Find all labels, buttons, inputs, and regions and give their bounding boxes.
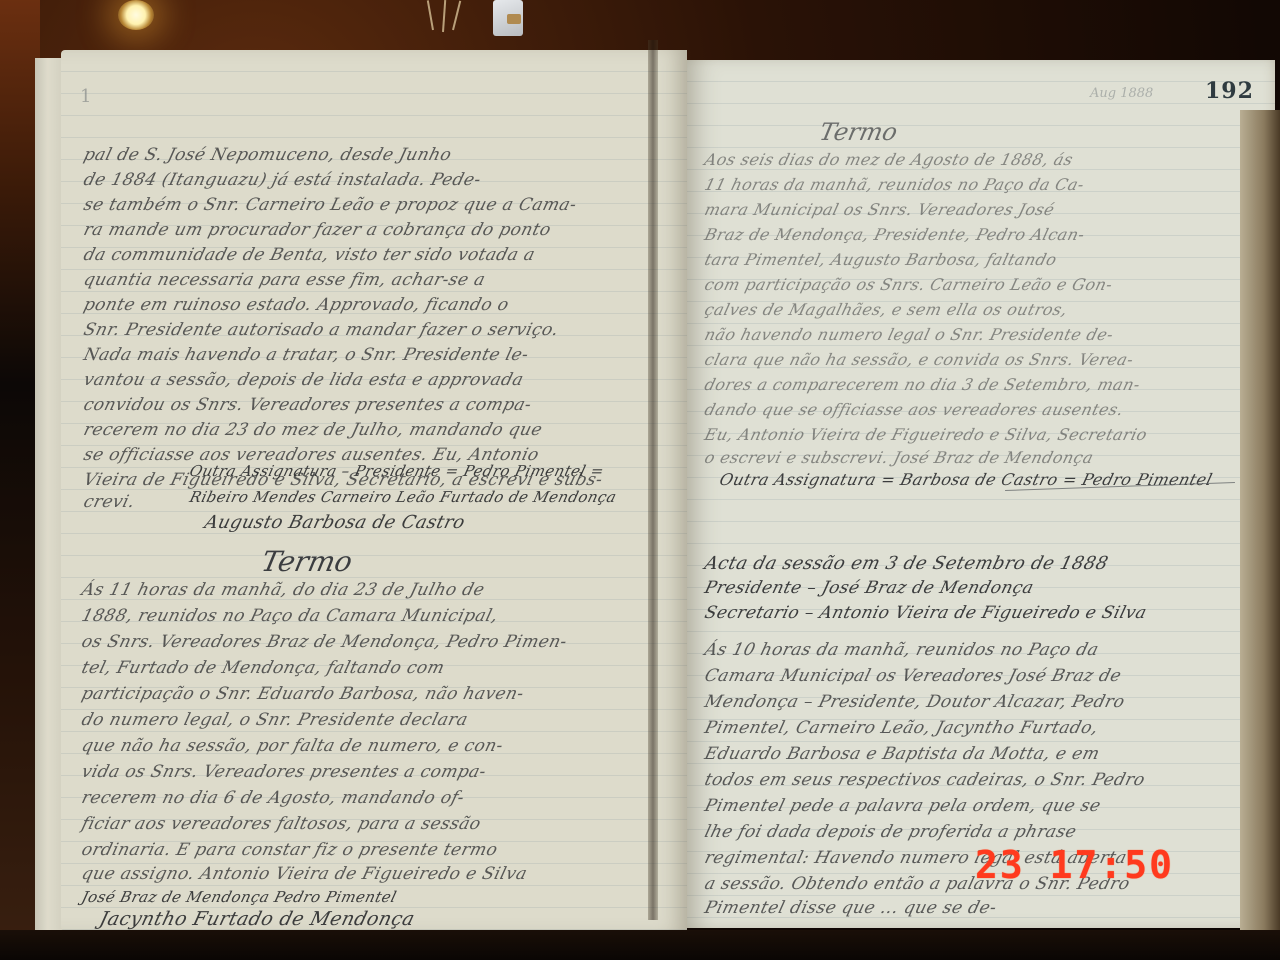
handwritten-line: ficiar aos vereadores faltosos, para a s… — [80, 814, 484, 834]
handwritten-line: convidou os Snrs. Vereadores presentes a… — [82, 395, 534, 415]
handwritten-line: participação o Snr. Eduardo Barbosa, não… — [80, 684, 527, 704]
handwritten-line: Mendonça – Presidente, Doutor Alcazar, P… — [703, 692, 1127, 712]
minutes-heading: Acta da sessão em 3 de Setembro de 1888 — [702, 553, 1110, 574]
table-shadow — [0, 930, 1280, 960]
handwritten-line: Nada mais havendo a tratar, o Snr. Presi… — [82, 345, 531, 365]
handwritten-line: que assigno. Antonio Vieira de Figueired… — [80, 864, 530, 884]
handwritten-line: vida os Snrs. Vereadores presentes a com… — [80, 762, 489, 782]
handwritten-line: Presidente – José Braz de Mendonça — [703, 578, 1036, 598]
background-wall — [0, 0, 40, 960]
signature-line: Jacyntho Furtado de Mendonça — [97, 908, 417, 930]
book-gutter — [648, 40, 658, 920]
signature-line: Ribeiro Mendes Carneiro Leão Furtado de … — [188, 488, 619, 506]
page-number: 192 — [1205, 78, 1254, 104]
signature-line: José Braz de Mendonça Pedro Pimentel — [80, 888, 399, 906]
handwritten-line: dando que se officiasse aos vereadores a… — [703, 400, 1126, 419]
handwritten-line: que não ha sessão, por falta de numero, … — [80, 736, 506, 756]
handwritten-line: Ás 11 horas da manhã, do dia 23 de Julho… — [80, 580, 487, 600]
book-cover-edge — [1240, 110, 1280, 940]
handwritten-line: ordinaria. E para constar fiz o presente… — [80, 840, 500, 860]
lamp-light — [118, 0, 154, 30]
handwritten-line: lhe foi dada depois de proferida a phras… — [703, 822, 1079, 842]
signature-line: Outra Assignatura – Presidente = Pedro P… — [188, 462, 606, 480]
handwritten-line: se também o Snr. Carneiro Leão e propoz … — [82, 195, 579, 215]
handwritten-line: 11 horas da manhã, reunidos no Paço da C… — [703, 175, 1087, 194]
handwritten-line: clara que não ha sessão, e convida os Sn… — [703, 350, 1136, 369]
entry-heading: Termo — [817, 118, 900, 146]
handwritten-line: Braz de Mendonça, Presidente, Pedro Alca… — [703, 225, 1087, 244]
handwritten-line: Snr. Presidente autorisado a mandar faze… — [82, 320, 561, 340]
handwritten-line: Eduardo Barbosa e Baptista da Motta, e e… — [703, 744, 1102, 764]
handwritten-line: da communidade de Benta, visto ter sido … — [82, 245, 538, 265]
handwritten-line: tara Pimentel, Augusto Barbosa, faltando — [703, 250, 1059, 269]
left-corner-mark: 1 — [80, 86, 91, 107]
handwritten-line: ra mande um procurador fazer a cobrança … — [82, 220, 554, 240]
handwritten-line: 1888, reunidos no Paço da Camara Municip… — [80, 606, 501, 626]
handwritten-line: vantou a sessão, depois de lida esta e a… — [82, 370, 526, 390]
handwritten-line: Ás 10 horas da manhã, reunidos no Paço d… — [703, 640, 1101, 660]
handwritten-line: pal de S. José Nepomuceno, desde Junho — [82, 145, 454, 165]
handwritten-line: Camara Municipal os Vereadores José Braz… — [703, 666, 1124, 686]
handwritten-line: tel, Furtado de Mendonça, faltando com — [80, 658, 447, 678]
handwritten-line: quantia necessaria para esse fim, achar-… — [82, 270, 488, 290]
handwritten-line: recerem no dia 23 do mez de Julho, manda… — [82, 420, 545, 440]
handwritten-line: çalves de Magalhães, e sem ella os outro… — [703, 300, 1070, 319]
handwritten-line: com participação os Snrs. Carneiro Leão … — [703, 275, 1115, 294]
handwritten-line: Pimentel, Carneiro Leão, Jacyntho Furtad… — [703, 718, 1101, 738]
handwritten-line: mara Municipal os Snrs. Vereadores José — [703, 200, 1057, 219]
handwritten-line: Secretario – Antonio Vieira de Figueired… — [703, 603, 1149, 623]
handwritten-line: dores a comparecerem no dia 3 de Setembr… — [703, 375, 1143, 394]
handwritten-line: Pimentel pede a palavra pela ordem, que … — [703, 796, 1103, 816]
signature-line: Augusto Barbosa de Castro — [202, 512, 467, 533]
handwritten-line: recerem no dia 6 de Agosto, mandando of- — [80, 788, 467, 808]
handwritten-line: não havendo numero legal o Snr. Presiden… — [703, 325, 1116, 344]
handwritten-line: de 1884 (Itanguazu) já está instalada. P… — [82, 170, 484, 190]
handwritten-line: o escrevi e subscrevi. José Braz de Mend… — [703, 448, 1096, 467]
handwritten-line: Pimentel disse que ... que se de- — [703, 898, 999, 918]
entry-heading: Termo — [258, 545, 355, 578]
page-note: Aug 1888 — [1090, 86, 1153, 101]
handwritten-line: crevi. — [82, 492, 138, 512]
handwritten-line: Eu, Antonio Vieira de Figueiredo e Silva… — [703, 425, 1150, 444]
camera-date-stamp: 23 17:50 — [975, 843, 1174, 887]
handwritten-line: do numero legal, o Snr. Presidente decla… — [80, 710, 470, 730]
handwritten-line: os Snrs. Vereadores Braz de Mendonça, Pe… — [80, 632, 570, 652]
handwritten-line: todos em seus respectivos cadeiras, o Sn… — [703, 770, 1148, 790]
handwritten-line: ponte em ruinoso estado. Approvado, fica… — [82, 295, 512, 315]
handwritten-line: Aos seis dias do mez de Agosto de 1888, … — [703, 150, 1075, 169]
